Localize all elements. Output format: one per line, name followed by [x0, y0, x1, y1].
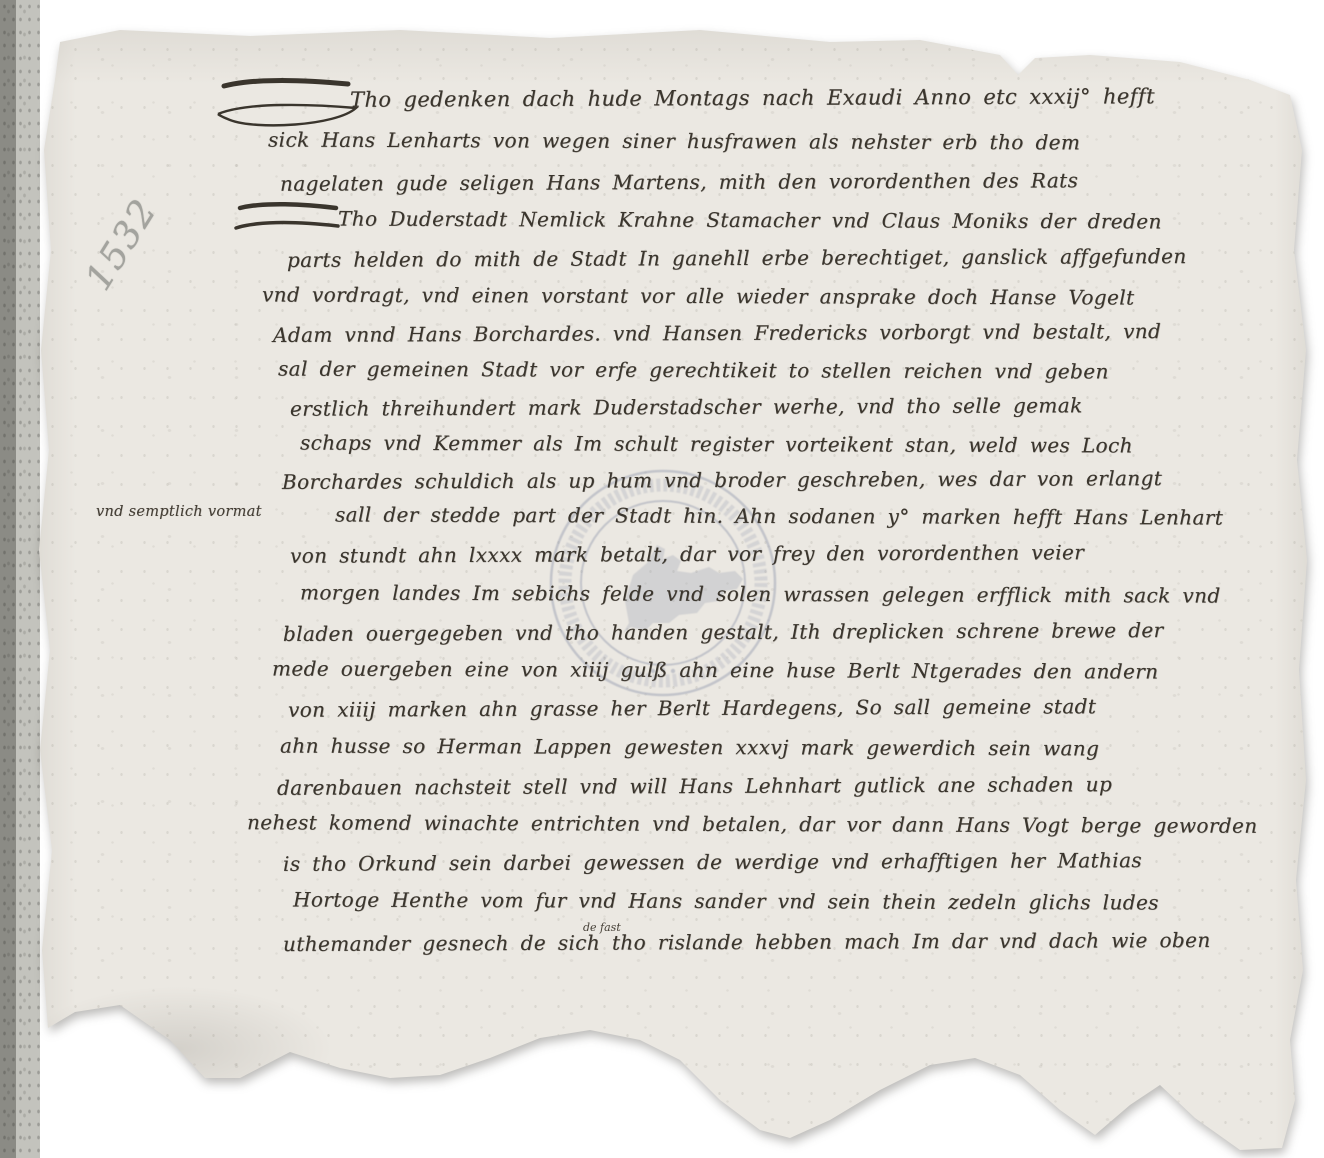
manuscript-line: Tho Duderstadt Nemlick Krahne Stamacher … [338, 207, 1162, 234]
manuscript-line: darenbauen nachsteit stell vnd will Hans… [277, 772, 1112, 800]
manuscript-line: Tho gedenken dach hude Montags nach Exau… [350, 84, 1155, 112]
manuscript-line: parts helden do mith de Stadt In ganehll… [287, 244, 1187, 272]
manuscript-line: vnd vordragt, vnd einen vorstant vor all… [262, 282, 1135, 309]
manuscript-line: Hortoge Henthe vom fur vnd Hans sander v… [293, 887, 1159, 914]
scanned-manuscript-page: { "document": { "kind": "handwritten man… [0, 0, 1324, 1158]
manuscript-line: sick Hans Lenharts von wegen siner husfr… [268, 128, 1080, 155]
manuscript-line: Adam vnnd Hans Borchardes. vnd Hansen Fr… [273, 319, 1161, 347]
binder-spine-light-strip [16, 0, 40, 1158]
manuscript-line: schaps vnd Kemmer als Im schult register… [300, 431, 1133, 458]
opening-flourish-line4 [234, 198, 344, 244]
manuscript-line: is tho Orkund sein darbei gewessen de we… [283, 848, 1142, 876]
manuscript-line: mede ouergeben eine von xiiij gulß ahn e… [272, 656, 1159, 683]
manuscript-line: von xiiij marken ahn grasse her Berlt Ha… [288, 694, 1096, 722]
manuscript-line: nagelaten gude seligen Hans Martens, mit… [280, 168, 1078, 195]
manuscript-line: erstlich threihundert mark Duderstadsche… [290, 393, 1083, 420]
manuscript-line: ahn husse so Herman Lappen gewesten xxxv… [280, 734, 1099, 761]
left-margin-note: vnd semptlich vormat [96, 504, 262, 520]
manuscript-line: bladen ouergegeben vnd tho handen gestal… [283, 618, 1164, 646]
manuscript-line: Borchardes schuldich als up hum vnd brod… [282, 466, 1162, 494]
manuscript-line: sall der stedde part der Stadt hin. Ahn … [335, 502, 1223, 529]
pencil-year-note: 1532 [78, 191, 166, 297]
binder-spine-dark-strip [0, 0, 16, 1158]
manuscript-line: von stundt ahn lxxxx mark betalt, dar vo… [290, 540, 1084, 567]
paper-sheet: 1532 vnd semptlich vormat de fast Tho ge… [38, 28, 1313, 1150]
manuscript-line: morgen landes Im sebichs felde vnd solen… [300, 580, 1221, 607]
manuscript-line: uthemander gesnech de sich tho rislande … [283, 928, 1211, 956]
manuscript-line: sal der gemeinen Stadt vor erfe gerechti… [278, 357, 1109, 384]
manuscript-line: nehest komend winachte entrichten vnd be… [247, 810, 1258, 838]
